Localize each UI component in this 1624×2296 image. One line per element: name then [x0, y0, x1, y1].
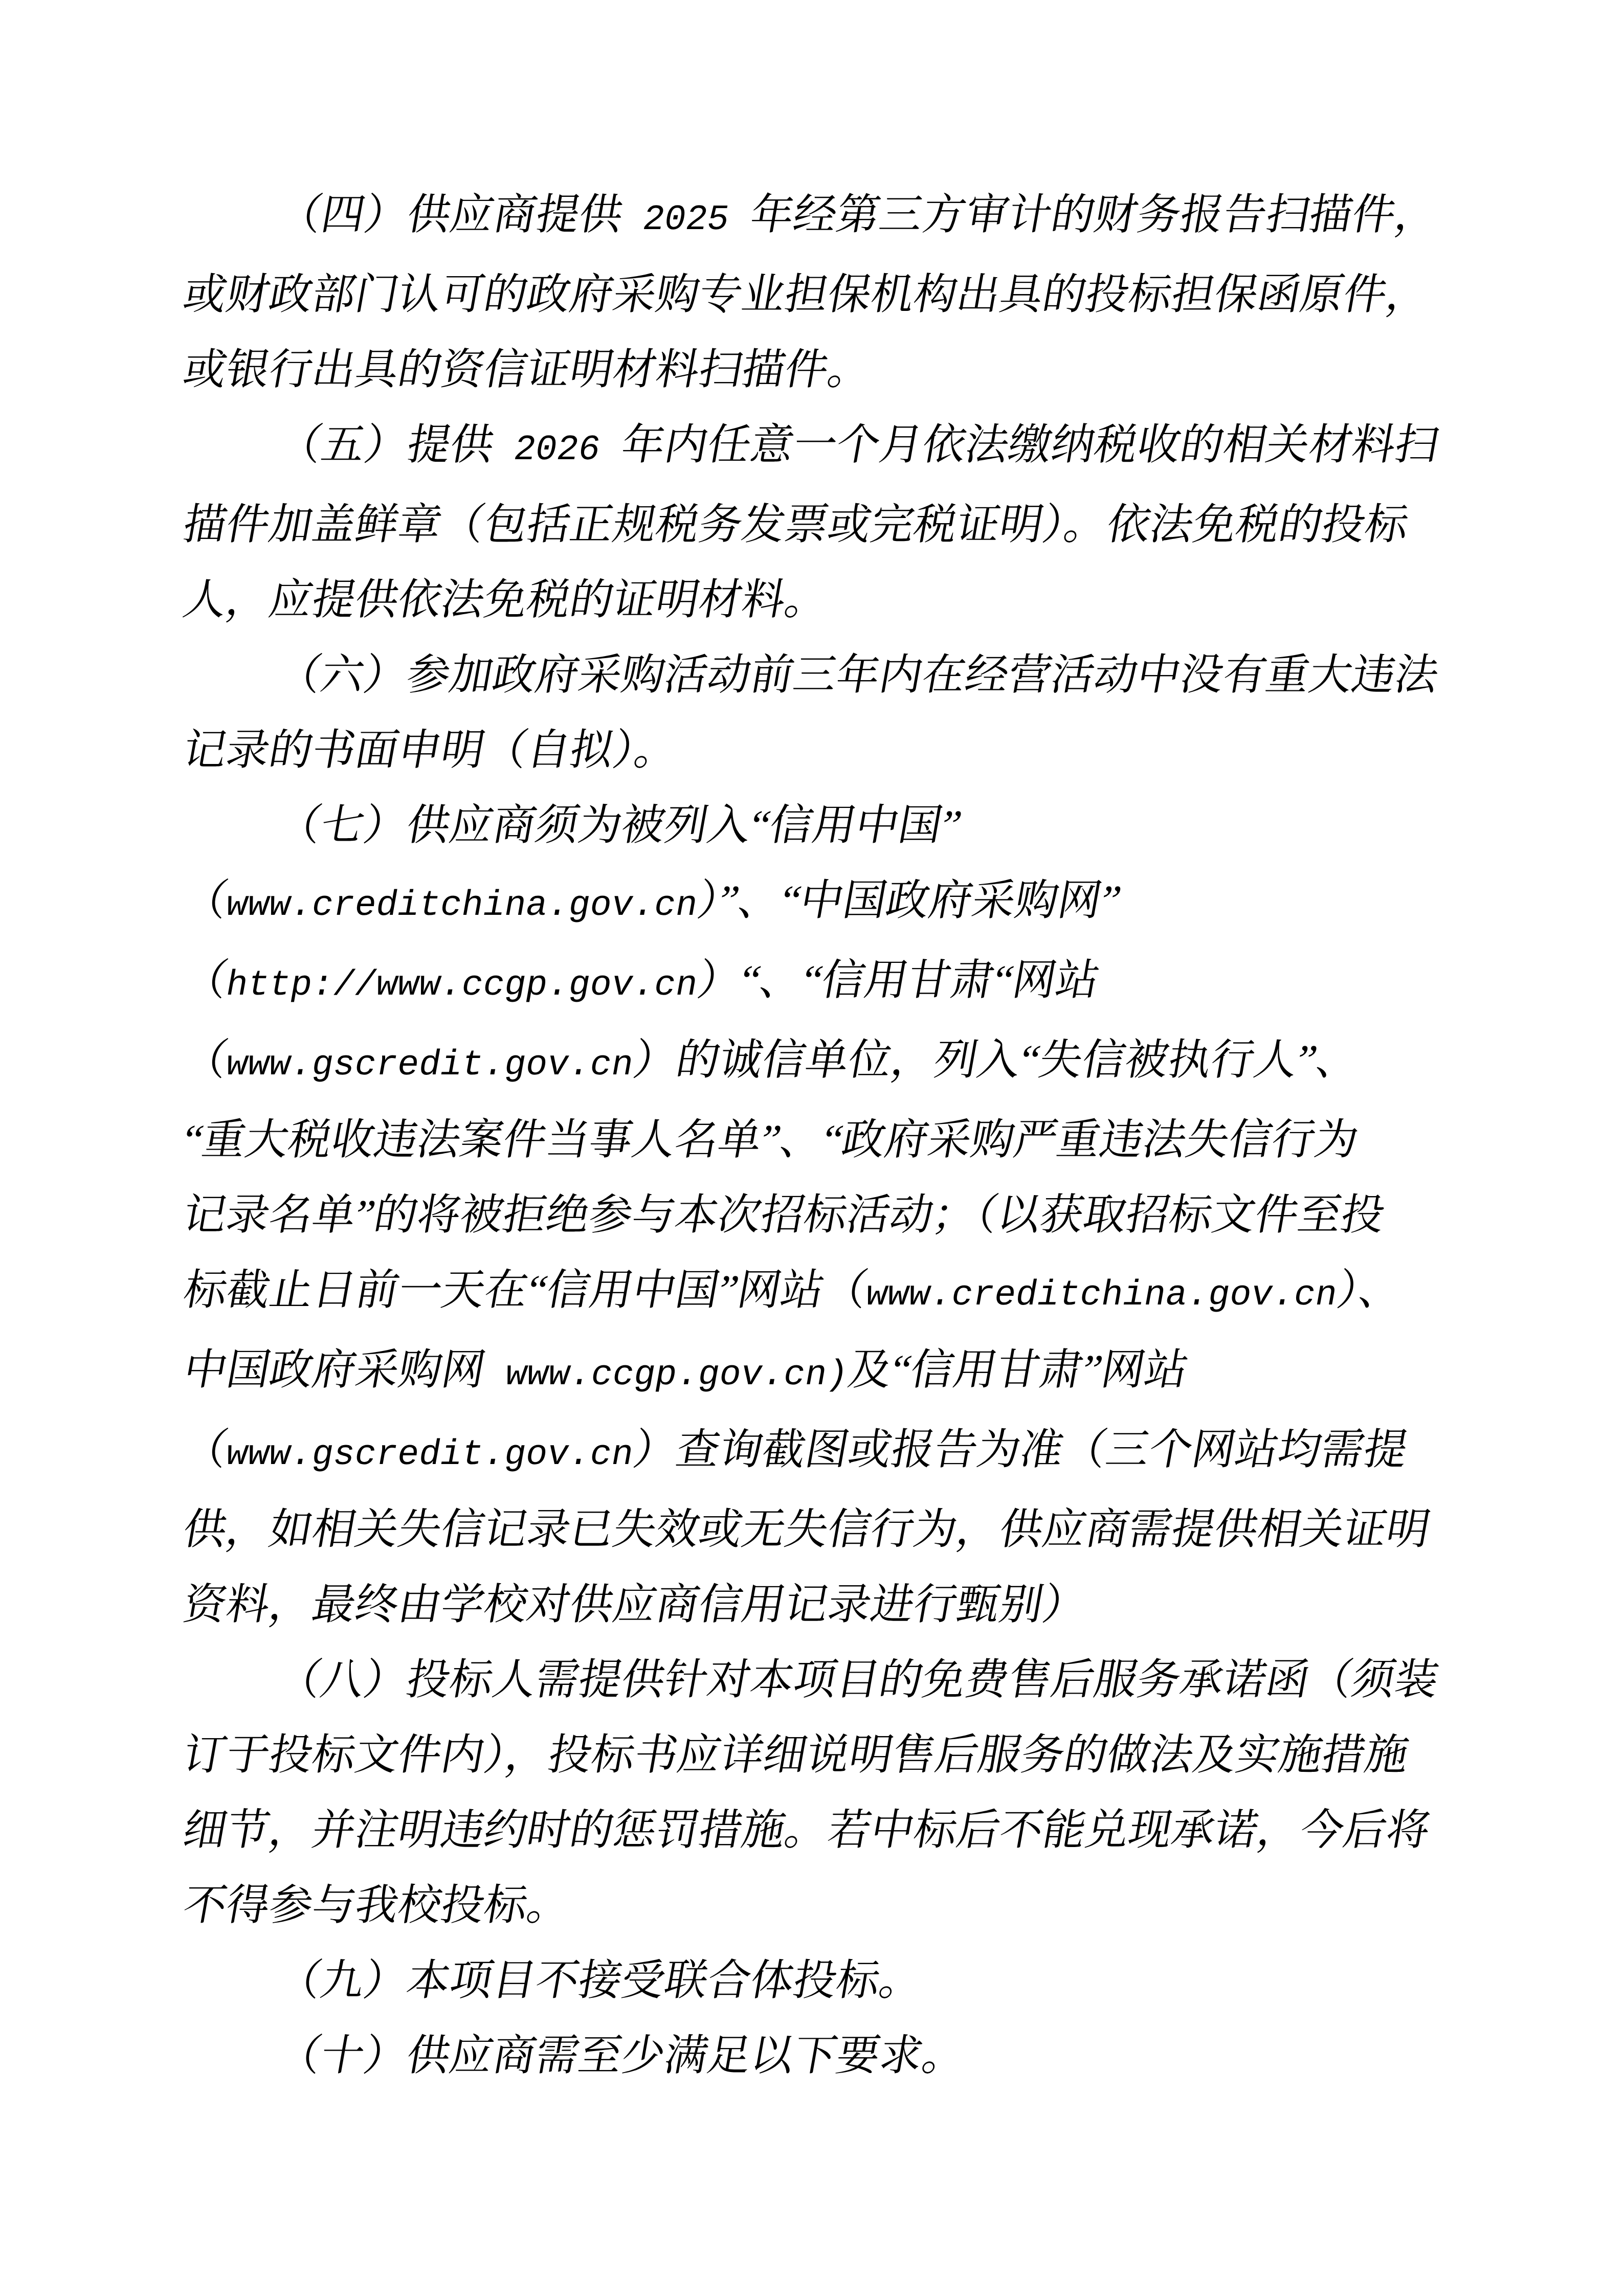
- doc-line-7: （六）参加政府采购活动前三年内在经营活动中没有重大违法: [177, 638, 1449, 713]
- doc-line-24: （九）本项目不接受联合体投标。: [177, 1943, 1449, 2018]
- doc-line-17: （www.gscredit.gov.cn）查询截图或报告为准（三个网站均需提: [177, 1412, 1450, 1492]
- document-text-block: （四）供应商提供 2025 年经第三方审计的财务报告扫描件， 或财政部门认可的政…: [182, 177, 1440, 2094]
- doc-line-25: （十）供应商需至少满足以下要求。: [177, 2018, 1449, 2094]
- doc-line-20: （八）投标人需提供针对本项目的免费售后服务承诺函（须装: [177, 1642, 1449, 1718]
- doc-line-2: 或财政部门认可的政府采购专业担保机构出具的投标担保函原件，: [177, 257, 1449, 332]
- doc-line-23: 不得参与我校投标。: [177, 1868, 1449, 1943]
- doc-line-10: （www.creditchina.gov.cn）”、“中国政府采购网”: [177, 863, 1450, 943]
- doc-line-18: 供，如相关失信记录已失效或无失信行为，供应商需提供相关证明: [177, 1492, 1449, 1567]
- doc-line-11: （http://www.ccgp.gov.cn）“、“信用甘肃“网站: [177, 943, 1450, 1023]
- doc-line-4: （五）提供 2026 年内任意一个月依法缴纳税收的相关材料扫: [177, 408, 1450, 487]
- doc-line-13: “重大税收违法案件当事人名单”、“政府采购严重违法失信行为: [177, 1102, 1449, 1178]
- doc-line-22: 细节，并注明违约时的惩罚措施。若中标后不能兑现承诺，今后将: [177, 1793, 1449, 1868]
- doc-line-6: 人，应提供依法免税的证明材料。: [177, 562, 1449, 638]
- doc-line-5: 描件加盖鲜章（包括正规税务发票或完税证明）。依法免税的投标: [177, 487, 1449, 562]
- doc-line-1: （四）供应商提供 2025 年经第三方审计的财务报告扫描件，: [177, 177, 1450, 257]
- doc-line-19: 资料，最终由学校对供应商信用记录进行甄别）: [177, 1567, 1449, 1642]
- doc-line-8: 记录的书面申明（自拟）。: [177, 713, 1449, 788]
- doc-line-21: 订于投标文件内），投标书应详细说明售后服务的做法及实施措施: [177, 1718, 1449, 1793]
- doc-line-14: 记录名单”的将被拒绝参与本次招标活动；（以获取招标文件至投: [177, 1178, 1449, 1253]
- document-page: { "page": { "background": "#ffffff", "te…: [0, 0, 1624, 2296]
- doc-line-9: （七）供应商须为被列入“信用中国”: [177, 788, 1449, 863]
- doc-line-16: 中国政府采购网 www.ccgp.gov.cn)及“信用甘肃”网站: [177, 1333, 1450, 1412]
- page-background: （四）供应商提供 2025 年经第三方审计的财务报告扫描件， 或财政部门认可的政…: [0, 0, 1624, 2296]
- doc-line-3: 或银行出具的资信证明材料扫描件。: [177, 332, 1449, 408]
- doc-line-15: 标截止日前一天在“信用中国”网站（www.creditchina.gov.cn）…: [177, 1253, 1450, 1333]
- doc-line-12: （www.gscredit.gov.cn）的诚信单位，列入“失信被执行人”、: [177, 1023, 1450, 1102]
